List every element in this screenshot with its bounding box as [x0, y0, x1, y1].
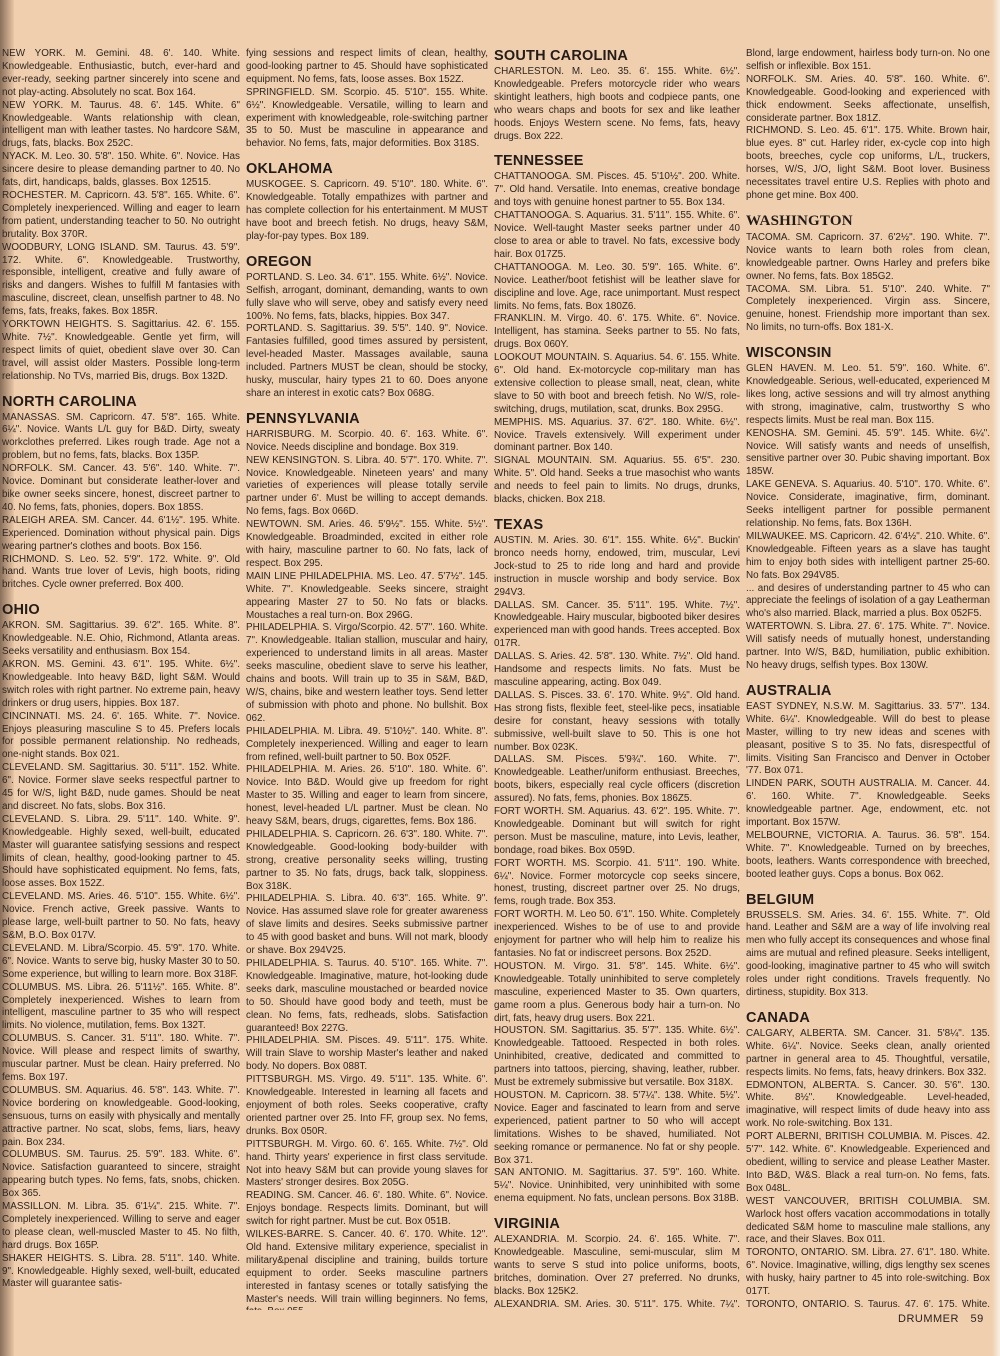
listing-entry: HARRISBURG. M. Scorpio. 40. 6'. 163. Whi… [246, 429, 488, 455]
listing-entry: WILKES-BARRE. S. Cancer. 40. 6'. 170. Wh… [246, 1229, 488, 1310]
listing-entry: PHILADELPHIA. S. Capricorn. 26. 6'3". 18… [246, 829, 488, 894]
listing-entry: PHILADELPHIA. S. Virgo/Scorpio. 42. 5'7"… [246, 622, 488, 725]
listing-entry: SIGNAL MOUNTAIN. SM. Aquarius. 55. 6'5".… [494, 455, 740, 507]
section-heading: AUSTRALIA [746, 683, 990, 699]
listing-entry: PITTSBURGH. M. Virgo. 60. 6'. 165. White… [246, 1139, 488, 1191]
section-heading: WISCONSIN [746, 345, 990, 361]
listing-entry: COLUMBUS. S. Cancer. 31. 5'11". 180. Whi… [2, 1033, 240, 1085]
listing-entry: WATERTOWN. S. Libra. 27. 6'. 175. White.… [746, 621, 990, 673]
column-2: fying sessions and respect limits of cle… [246, 48, 488, 1310]
listing-entry: LOOKOUT MOUNTAIN. S. Aquarius. 54. 6'. 1… [494, 352, 740, 417]
listing-entry: CLEVELAND. M. Libra/Scorpio. 45. 5'9". 1… [2, 943, 240, 982]
listing-entry: PORT ALBERNI, BRITISH COLUMBIA. M. Pisce… [746, 1131, 990, 1196]
listing-entry: NEWTOWN. SM. Aries. 46. 5'9½". 155. Whit… [246, 519, 488, 571]
listing-entry: TORONTO, ONTARIO. S. Taurus. 47. 6'. 175… [746, 1299, 990, 1310]
listing-entry: PHILADELPHIA. M. Aries. 26. 5'10". 180. … [246, 764, 488, 829]
listing-entry: RICHMOND. S. Leo. 45. 6'1". 175. White. … [746, 125, 990, 202]
listing-entry: AKRON. SM. Sagittarius. 39. 6'2". 165. W… [2, 620, 240, 659]
listing-entry: TACOMA. SM. Libra. 51. 5'10". 240. White… [746, 284, 990, 336]
listing-entry: NYACK. M. Leo. 30. 5'8". 150. White. 6".… [2, 151, 240, 190]
section-heading: OHIO [2, 602, 240, 618]
listing-entry: TACOMA. SM. Capricorn. 37. 6'2½". 190. W… [746, 232, 990, 284]
listing-entry: PHILADELPHIA. S. Libra. 40. 6'3". 165. W… [246, 893, 488, 958]
page-edge [992, 0, 1000, 1356]
listing-entry: PITTSBURGH. MS. Virgo. 49. 5'11". 135. W… [246, 1074, 488, 1139]
listing-entry: PHILADELPHIA. SM. Pisces. 49. 5'11". 175… [246, 1035, 488, 1074]
listing-entry: MEMPHIS. MS. Aquarius. 37. 6'2". 180. Wh… [494, 417, 740, 456]
section-heading: PENNSYLVANIA [246, 411, 488, 427]
listing-entry: FORT WORTH. SM. Aquarius. 43. 6'2". 195.… [494, 806, 740, 858]
listing-entry: RICHMOND. S. Leo. 52. 5'9". 172. White. … [2, 554, 240, 593]
section-heading: OREGON [246, 254, 488, 270]
listing-entry: EDMONTON, ALBERTA. S. Cancer. 30. 5'6". … [746, 1080, 990, 1132]
listing-entry: DALLAS. SM. Pisces. 5'9¾". 160. White. 7… [494, 754, 740, 806]
listing-entry: HOUSTON. M. Capricorn. 38. 5'7¼". 138. W… [494, 1090, 740, 1167]
listing-entry: YORKTOWN HEIGHTS. S. Sagittarius. 42. 6'… [2, 319, 240, 384]
listing-entry: PORTLAND. S. Leo. 34. 6'1". 155. White. … [246, 272, 488, 324]
listing-entry: READING. SM. Cancer. 46. 6'. 180. White.… [246, 1190, 488, 1229]
section-heading: NORTH CAROLINA [2, 394, 240, 410]
listing-entry: CLEVELAND. MS. Aries. 46. 5'10". 155. Wh… [2, 891, 240, 943]
listing-entry: ALEXANDRIA. M. Scorpio. 24. 6'. 165. Whi… [494, 1234, 740, 1299]
column-4: Blond, large endowment, hairless body tu… [746, 48, 990, 1310]
column-1: NEW YORK. M. Gemini. 48. 6'. 140. White.… [2, 48, 240, 1310]
listing-entry: RALEIGH AREA. SM. Cancer. 44. 6'1½". 195… [2, 515, 240, 554]
section-heading: BELGIUM [746, 892, 990, 908]
listing-entry: FORT WORTH. MS. Scorpio. 41. 5'11". 190.… [494, 858, 740, 910]
listing-entry: HOUSTON. M. Virgo. 31. 5'8". 145. White.… [494, 961, 740, 1026]
section-heading: TENNESSEE [494, 153, 740, 169]
listing-entry: SAN ANTONIO. M. Sagittarius. 37. 5'9". 1… [494, 1167, 740, 1206]
listing-entry: MASSILLON. M. Libra. 35. 6'1¼". 215. Whi… [2, 1201, 240, 1253]
listing-entry: KENOSHA. SM. Gemini. 45. 5'9". 145. Whit… [746, 428, 990, 480]
listing-entry: NEW KENSINGTON. S. Libra. 40. 5'7". 170.… [246, 455, 488, 520]
listing-entry: DALLAS. S. Aries. 42. 5'8". 130. White. … [494, 651, 740, 690]
listing-entry: LAKE GENEVA. S. Aquarius. 40. 5'10". 170… [746, 479, 990, 531]
listing-entry: DALLAS. S. Pisces. 33. 6'. 170. White. 9… [494, 690, 740, 755]
listing-entry: CLEVELAND. S. Libra. 29. 5'11". 140. Whi… [2, 814, 240, 891]
listing-entry: BRUSSELS. SM. Aries. 34. 6'. 155. White.… [746, 910, 990, 1000]
listing-entry: WEST VANCOUVER, BRITISH COLUMBIA. SM. Wa… [746, 1196, 990, 1248]
listing-entry: CLEVELAND. SM. Sagittarius. 30. 5'11". 1… [2, 762, 240, 814]
listing-entry: HOUSTON. SM. Sagittarius. 35. 5'7". 135.… [494, 1025, 740, 1090]
listing-entry: SHAKER HEIGHTS. S. Libra. 28. 5'11". 140… [2, 1253, 240, 1292]
listing-entry: CINCINNATI. MS. 24. 6'. 165. White. 7". … [2, 711, 240, 763]
section-heading: CANADA [746, 1010, 990, 1026]
listing-entry: fying sessions and respect limits of cle… [246, 48, 488, 87]
listing-entry: PHILADELPHIA. M. Libra. 49. 5'10½". 140.… [246, 726, 488, 765]
listing-entry: CALGARY, ALBERTA. SM. Cancer. 31. 5'8¼".… [746, 1028, 990, 1080]
listing-entry: NEW YORK. M. Gemini. 48. 6'. 140. White.… [2, 48, 240, 100]
column-3: SOUTH CAROLINACHARLESTON. M. Leo. 35. 6'… [494, 48, 740, 1310]
listing-entry: LINDEN PARK, SOUTH AUSTRALIA. M. Cancer.… [746, 778, 990, 830]
listing-entry: COLUMBUS. SM. Taurus. 25. 5'9". 183. Whi… [2, 1149, 240, 1201]
section-heading: WASHINGTON [746, 213, 990, 230]
listing-entry: MUSKOGEE. S. Capricorn. 49. 5'10". 180. … [246, 179, 488, 244]
classifieds-page: NEW YORK. M. Gemini. 48. 6'. 140. White.… [0, 48, 987, 1310]
listing-entry: GLEN HAVEN. M. Leo. 51. 5'9". 160. White… [746, 363, 990, 428]
listing-entry: DALLAS. SM. Cancer. 35. 5'11". 195. Whit… [494, 600, 740, 652]
listing-entry: NORFOLK. SM. Cancer. 43. 5'6". 140. Whit… [2, 463, 240, 515]
listing-entry: FORT WORTH. M. Leo 50. 6'1". 150. White.… [494, 909, 740, 961]
page-number: 59 [971, 1313, 984, 1325]
listing-entry: MANASSAS. SM. Capricorn. 47. 5'8". 165. … [2, 412, 240, 464]
listing-entry: ALEXANDRIA. SM. Aries. 30. 5'11". 175. W… [494, 1299, 740, 1310]
listing-entry: MELBOURNE, VICTORIA. A. Taurus. 36. 5'8"… [746, 830, 990, 882]
listing-entry: ROCHESTER. M. Capricorn. 43. 5'8". 165. … [2, 190, 240, 242]
section-heading: TEXAS [494, 517, 740, 533]
listing-entry: NORFOLK. SM. Aries. 40. 5'8". 160. White… [746, 74, 990, 126]
page-footer: DRUMMER 59 [898, 1313, 984, 1325]
listing-entry: PORTLAND. S. Sagittarius. 39. 5'5". 140.… [246, 323, 488, 400]
section-heading: SOUTH CAROLINA [494, 48, 740, 64]
listing-entry: AUSTIN. M. Aries. 30. 6'1". 155. White. … [494, 535, 740, 600]
listing-entry: PHILADELPHIA. S. Taurus. 40. 5'10". 165.… [246, 958, 488, 1035]
listing-entry: EAST SYDNEY, N.S.W. M. Sagittarius. 33. … [746, 701, 990, 778]
section-heading: OKLAHOMA [246, 161, 488, 177]
listing-entry: ... and desires of understanding partner… [746, 583, 990, 622]
listing-entry: CHATTANOOGA. M. Leo. 30. 5'9". 165. Whit… [494, 262, 740, 314]
section-heading: VIRGINIA [494, 1216, 740, 1232]
listing-entry: AKRON. MS. Gemini. 43. 6'1". 195. White.… [2, 659, 240, 711]
magazine-name: DRUMMER [898, 1313, 959, 1325]
listing-entry: COLUMBUS. SM. Aquarius. 46. 5'8". 143. W… [2, 1085, 240, 1150]
listing-entry: Blond, large endowment, hairless body tu… [746, 48, 990, 74]
listing-entry: WOODBURY, LONG ISLAND. SM. Taurus. 43. 5… [2, 242, 240, 319]
listing-entry: CHARLESTON. M. Leo. 35. 6'. 155. White. … [494, 66, 740, 143]
listing-entry: MILWAUKEE. MS. Capricorn. 42. 6'4½". 210… [746, 531, 990, 583]
listing-entry: CHATTANOOGA. SM. Pisces. 45. 5'10½". 200… [494, 171, 740, 210]
listing-entry: SPRINGFIELD. SM. Scorpio. 45. 5'10". 155… [246, 87, 488, 152]
listing-entry: NEW YORK. M. Taurus. 48. 6'. 145. White.… [2, 100, 240, 152]
listing-entry: TORONTO, ONTARIO. SM. Libra. 27. 6'1". 1… [746, 1247, 990, 1299]
listing-entry: CHATTANOOGA. S. Aquarius. 31. 5'11". 155… [494, 210, 740, 262]
listing-entry: COLUMBUS. MS. Libra. 26. 5'11½". 165. Wh… [2, 982, 240, 1034]
listing-entry: FRANKLIN. M. Virgo. 40. 6'. 175. White. … [494, 313, 740, 352]
listing-entry: MAIN LINE PHILADELPHIA. MS. Leo. 47. 5'7… [246, 571, 488, 623]
